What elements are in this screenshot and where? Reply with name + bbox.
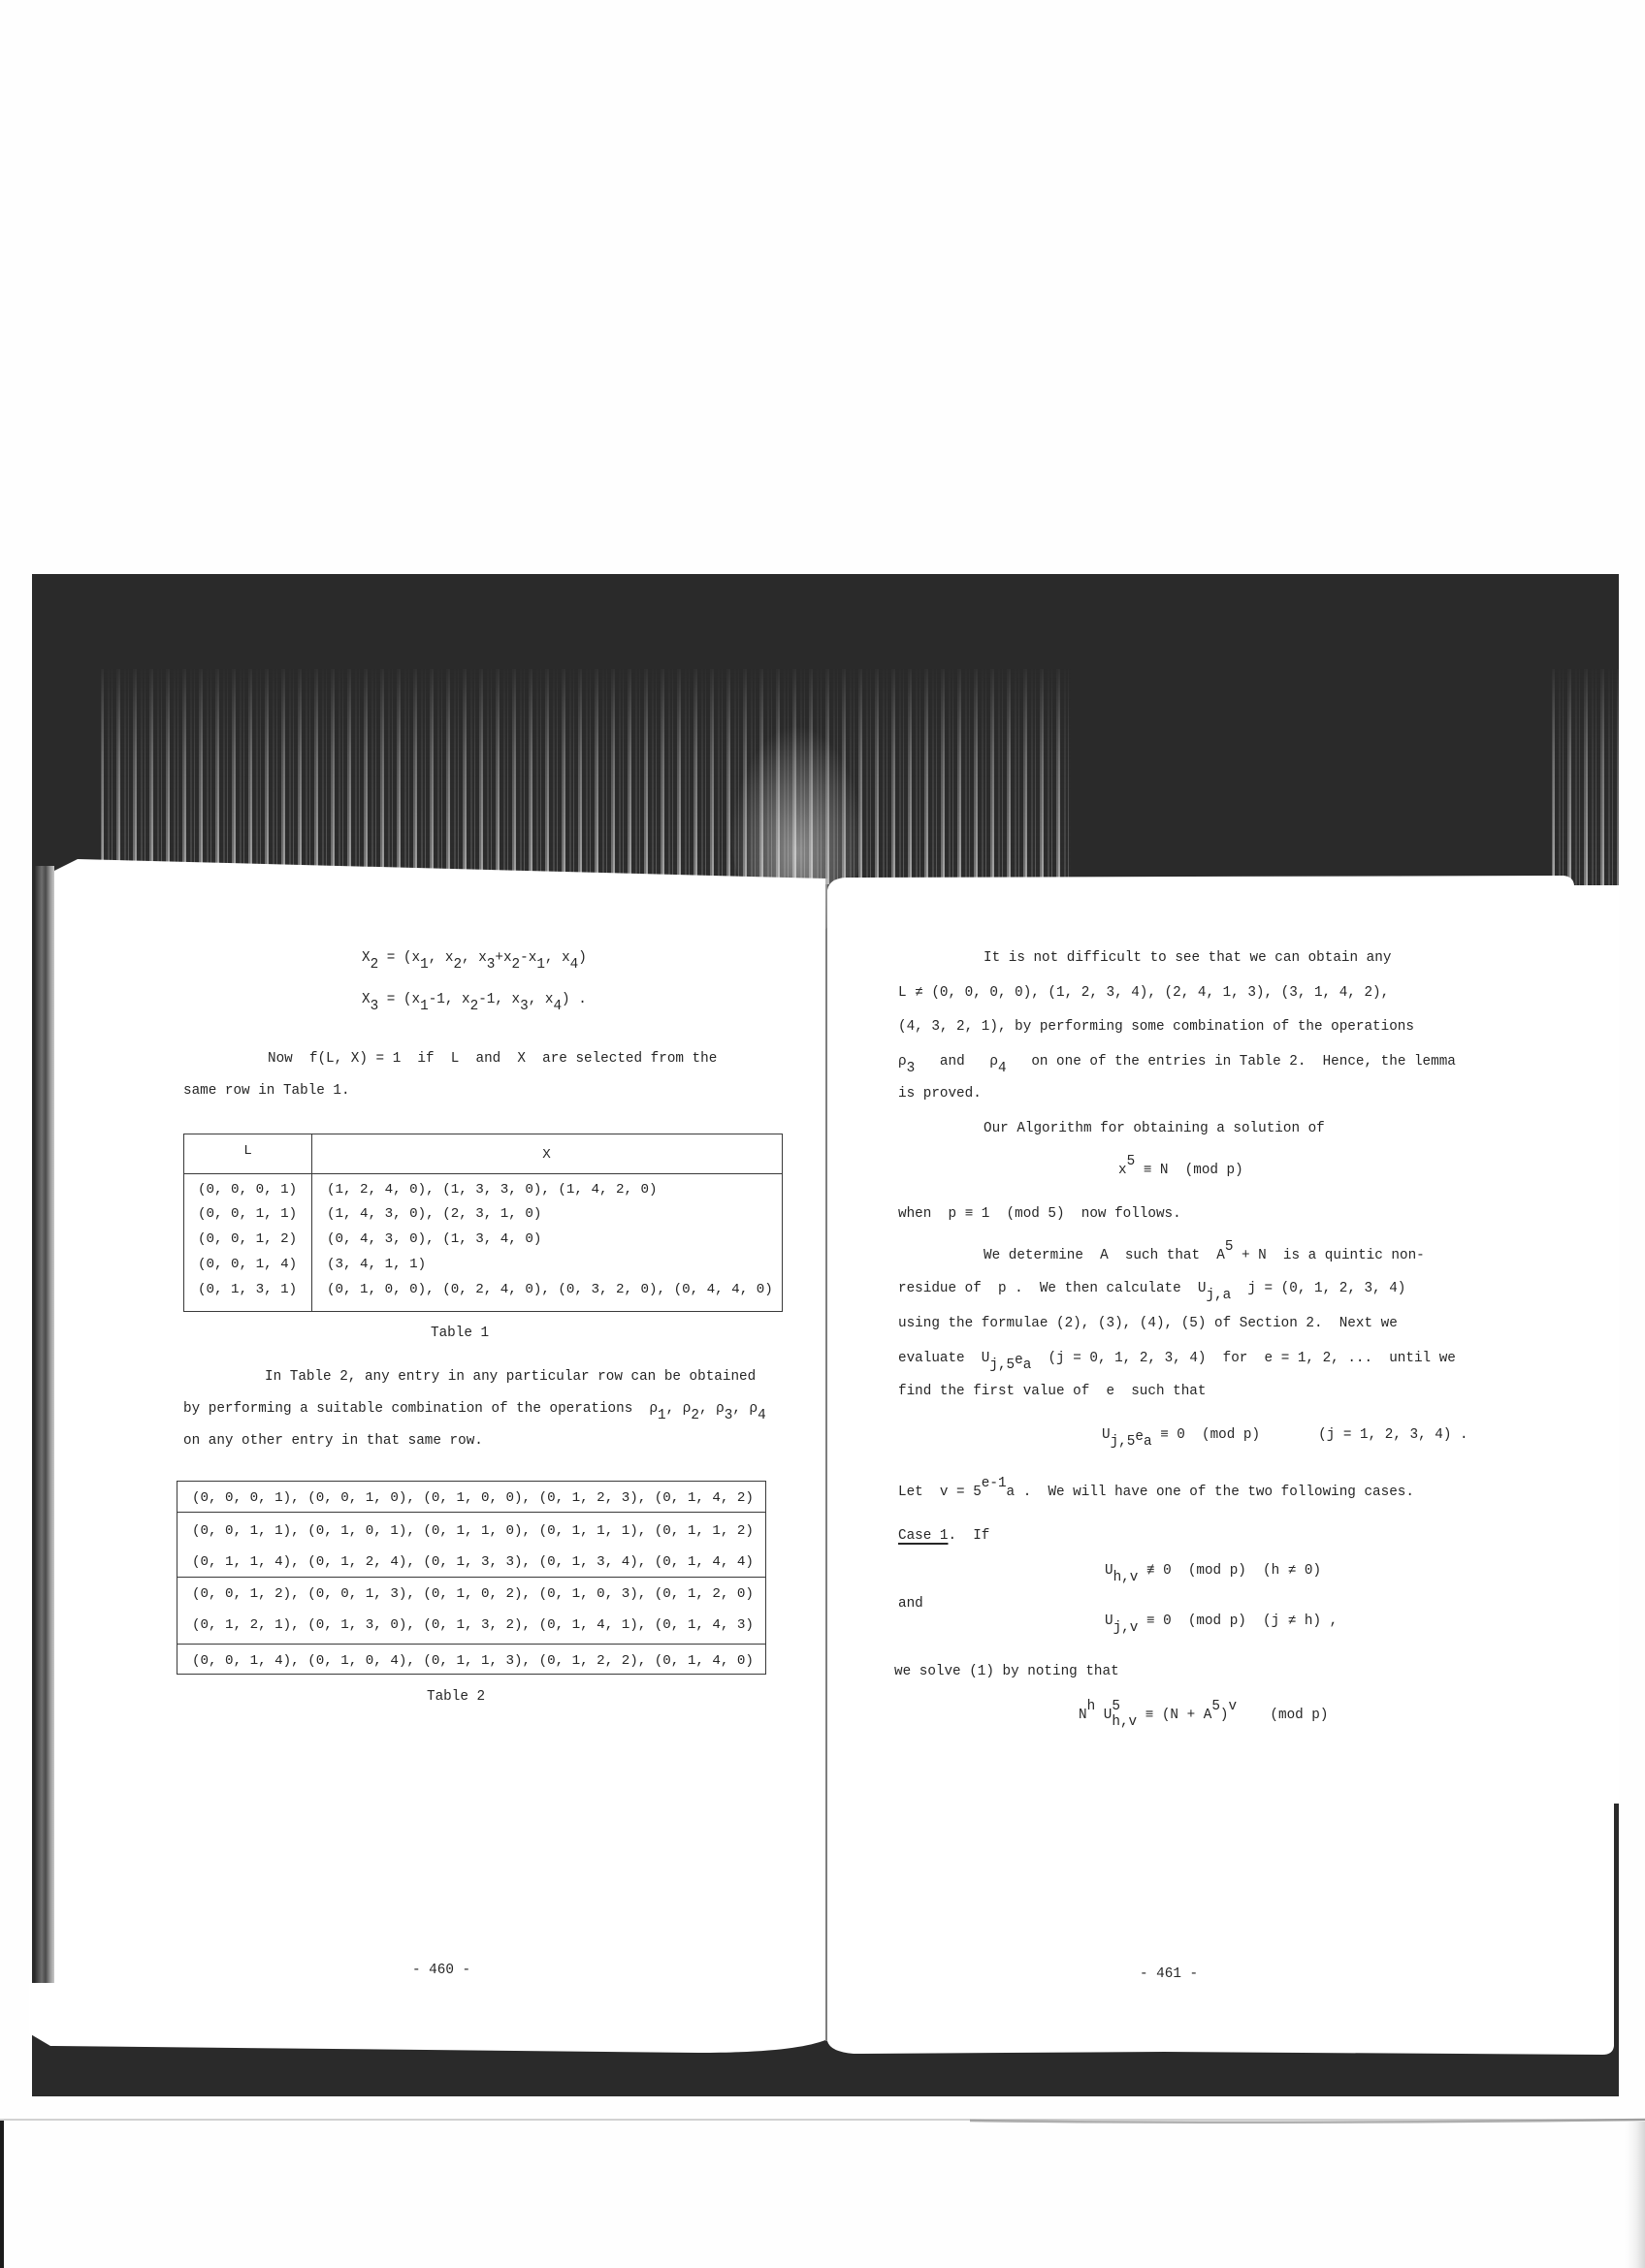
text-run: ≡ 0 (mod p) (j ≠ h) , (1138, 1613, 1338, 1629)
text-run: (j = 0, 1, 2, 3, 4) for e = 1, 2, ... un… (1031, 1351, 1456, 1366)
table-cell-x: (1, 4, 3, 0), (2, 3, 1, 0) (327, 1205, 541, 1223)
text-run: = (x (378, 992, 420, 1007)
table-cell-l: (0, 0, 1, 1) (198, 1205, 297, 1223)
table-row: (0, 0, 1, 1), (0, 1, 0, 1), (0, 1, 1, 0)… (192, 1522, 754, 1540)
table-cell-l: (0, 0, 0, 1) (198, 1181, 297, 1198)
scanned-book-spread: X2 = (x1, x2, x3+x2-x1, x4) X3 = (x1-1, … (0, 0, 1645, 2268)
text-run: ≢ 0 (mod p) (h ≠ 0) (1138, 1563, 1321, 1579)
text-run: We determine A such that A (984, 1248, 1225, 1263)
text-run: ) (578, 950, 587, 966)
subscript: a (1023, 1358, 1032, 1373)
subscript: a (1144, 1434, 1152, 1450)
paragraph-line: evaluate Uj,5ea (j = 0, 1, 2, 3, 4) for … (898, 1350, 1456, 1367)
table-cell-x: (1, 2, 4, 0), (1, 3, 3, 0), (1, 4, 2, 0) (327, 1181, 658, 1198)
subscript: 2 (453, 957, 462, 973)
table-row: (0, 0, 1, 4), (0, 1, 0, 4), (0, 1, 1, 3)… (192, 1652, 754, 1670)
text-run: ≡ N (mod p) (1135, 1163, 1243, 1178)
text-run: , x (462, 950, 487, 966)
subscript: j,a (1206, 1288, 1231, 1303)
paragraph-line-operations: by performing a suitable combination of … (183, 1400, 766, 1418)
table-row-rule (177, 1512, 765, 1513)
case-1-condition-zero: Uj,v ≡ 0 (mod p) (j ≠ h) , (1105, 1613, 1338, 1630)
superscript: 5 (1127, 1154, 1136, 1169)
paragraph-line: same row in Table 1. (183, 1082, 350, 1100)
subscript: 1 (420, 999, 429, 1014)
paragraph-line: We determine A such that A5 + N is a qui… (984, 1247, 1425, 1264)
table-row: (0, 1, 1, 4), (0, 1, 2, 4), (0, 1, 3, 3)… (192, 1553, 754, 1571)
subscript: 4 (553, 999, 562, 1014)
text-run: +x (495, 950, 511, 966)
paragraph-line: on any other entry in that same row. (183, 1432, 483, 1450)
scan-corner-shade (1622, 2122, 1645, 2268)
text-run: , ρ (699, 1401, 725, 1417)
text-run: Let v = 5 (898, 1485, 982, 1500)
case-1-condition-nonzero: Uh,v ≢ 0 (mod p) (h ≠ 0) (1105, 1562, 1321, 1580)
subscript: 4 (998, 1061, 1007, 1076)
equation-stop-condition: Uj,5ea ≡ 0 (mod p) (j = 1, 2, 3, 4) . (1102, 1426, 1468, 1444)
text-run: on one of the entries in Table 2. Hence,… (1007, 1054, 1456, 1070)
text-run: , x (529, 992, 554, 1007)
superscript: e-1 (982, 1476, 1007, 1491)
text-run: + N is a quintic non- (1233, 1248, 1424, 1263)
text-run: by performing a suitable combination of … (183, 1401, 658, 1417)
text-run: (mod p) (1237, 1708, 1328, 1723)
text-run: . If (948, 1528, 989, 1544)
paragraph-line: using the formulae (2), (3), (4), (5) of… (898, 1315, 1398, 1332)
text-run: U (1095, 1708, 1112, 1723)
text-run: N (1079, 1708, 1087, 1723)
subscript: 2 (512, 957, 521, 973)
text-run: ) (1220, 1708, 1229, 1723)
text-run: j = (0, 1, 2, 3, 4) (1231, 1281, 1405, 1296)
text-run: -1, x (429, 992, 470, 1007)
table-cell-l: (0, 0, 1, 2) (198, 1230, 297, 1248)
paragraph-line: It is not difficult to see that we can o… (984, 949, 1391, 967)
equation-x3: X3 = (x1-1, x2-1, x3, x4) . (362, 991, 587, 1008)
equation-quintic-congruence: x5 ≡ N (mod p) (1118, 1162, 1243, 1179)
solve-line: we solve (1) by noting that (894, 1663, 1119, 1680)
subscript: 3 (371, 999, 379, 1014)
left-page-edge-strip (35, 866, 54, 1983)
subscript: 1 (420, 957, 429, 973)
subscript: 1 (658, 1408, 666, 1423)
text-run: = (x (378, 950, 420, 966)
text-run: ≡ (N + A (1137, 1708, 1211, 1723)
underlined-text: Case 1 (898, 1528, 948, 1544)
subscript: 2 (691, 1408, 699, 1423)
table-cell-l: (0, 1, 3, 1) (198, 1281, 297, 1298)
subscript: 3 (725, 1408, 733, 1423)
text-run: , ρ (666, 1401, 692, 1417)
table-1-caption: Table 1 (431, 1325, 489, 1342)
subscript: 3 (487, 957, 496, 973)
text-run: X (362, 992, 371, 1007)
subscript: j,5 (989, 1358, 1015, 1373)
table-2: (0, 0, 0, 1), (0, 0, 1, 0), (0, 1, 0, 0)… (177, 1481, 766, 1675)
subscript: 2 (470, 999, 479, 1014)
scan-left-border (0, 2121, 4, 2268)
page-number-left: - 460 - (412, 1962, 470, 1979)
table-cell-x: (0, 1, 0, 0), (0, 2, 4, 0), (0, 3, 2, 0)… (327, 1281, 773, 1298)
subscript: 3 (520, 999, 529, 1014)
table-2-caption: Table 2 (427, 1688, 485, 1706)
paragraph-line: residue of p . We then calculate Uj,a j … (898, 1280, 1405, 1297)
page-number-right: - 461 - (1140, 1965, 1198, 1983)
superscript: v (1229, 1699, 1238, 1714)
table-cell-x: (3, 4, 1, 1) (327, 1256, 426, 1273)
table-row: (0, 0, 1, 2), (0, 0, 1, 3), (0, 1, 0, 2)… (192, 1585, 754, 1603)
text-run: -x (520, 950, 536, 966)
table-cell-x: (0, 4, 3, 0), (1, 3, 4, 0) (327, 1230, 541, 1248)
subscript: 2 (371, 957, 379, 973)
text-run: -1, x (478, 992, 520, 1007)
table-1: L X (0, 0, 0, 1) (1, 2, 4, 0), (1, 3, 3,… (183, 1134, 783, 1312)
paragraph-line: find the first value of e such that (898, 1383, 1206, 1400)
table-header-l: L (184, 1142, 311, 1160)
paragraph-line: Now f(L, X) = 1 if L and X are selected … (268, 1050, 717, 1068)
algorithm-intro: Our Algorithm for obtaining a solution o… (984, 1120, 1325, 1137)
subscript: 3 (907, 1061, 916, 1076)
raised-subscript: e (1135, 1429, 1144, 1445)
subscript: h,v (1112, 1713, 1137, 1731)
equation-x2: X2 = (x1, x2, x3+x2-x1, x4) (362, 949, 587, 967)
text-run: a . We will have one of the two followin… (1007, 1485, 1414, 1500)
table-header-x: X (311, 1146, 782, 1164)
text-run: U (1105, 1563, 1113, 1579)
table-row-rule (177, 1644, 765, 1645)
table-row: (0, 0, 0, 1), (0, 0, 1, 0), (0, 1, 0, 0)… (192, 1489, 754, 1507)
paragraph-line: In Table 2, any entry in any particular … (265, 1368, 756, 1386)
table-row-rule (177, 1577, 765, 1578)
text-run: x (1118, 1163, 1127, 1178)
superscript: h (1087, 1699, 1096, 1714)
and-label: and (898, 1595, 923, 1613)
subscript: h,v (1113, 1570, 1139, 1585)
text-run: ρ (898, 1054, 907, 1070)
equation-solution: Nh U5h,v ≡ (N + A5)v (mod p) (1079, 1707, 1328, 1724)
text-run: ) . (562, 992, 587, 1007)
text-run: X (362, 950, 371, 966)
text-run: U (1102, 1427, 1111, 1443)
paragraph-line: (4, 3, 2, 1), by performing some combina… (898, 1018, 1414, 1036)
text-run: and ρ (915, 1054, 998, 1070)
text-run: U (1105, 1613, 1113, 1629)
subscript: j,v (1113, 1620, 1139, 1636)
text-run: , x (545, 950, 570, 966)
text-run: ≡ 0 (mod p) (j = 1, 2, 3, 4) . (1152, 1427, 1468, 1443)
superscript: 5 (1225, 1239, 1234, 1255)
raised-subscript: e (1015, 1353, 1023, 1368)
text-run: residue of p . We then calculate U (898, 1281, 1206, 1296)
paragraph-line: ρ3 and ρ4 on one of the entries in Table… (898, 1053, 1456, 1070)
left-page-sheet (29, 859, 825, 2053)
paragraph-line: is proved. (898, 1085, 982, 1102)
superscript: 5 (1211, 1699, 1220, 1714)
case-1-heading: Case 1. If (898, 1527, 989, 1545)
subscript: 4 (570, 957, 579, 973)
text-run: , x (429, 950, 454, 966)
table-row: (0, 1, 2, 1), (0, 1, 3, 0), (0, 1, 3, 2)… (192, 1616, 754, 1634)
stacked-script: 5h,v (1112, 1707, 1137, 1724)
paragraph-line: L ≠ (0, 0, 0, 0), (1, 2, 3, 4), (2, 4, 1… (898, 984, 1389, 1002)
subscript: j,5 (1111, 1434, 1136, 1450)
text-run: evaluate U (898, 1351, 989, 1366)
condition-line: when p ≡ 1 (mod 5) now follows. (898, 1205, 1181, 1223)
text-run: , ρ (732, 1401, 758, 1417)
let-v-line: Let v = 5e-1a . We will have one of the … (898, 1484, 1414, 1501)
subscript: 4 (758, 1408, 766, 1423)
table-cell-l: (0, 0, 1, 4) (198, 1256, 297, 1273)
subscript: 1 (536, 957, 545, 973)
table-header-rule (184, 1173, 782, 1174)
